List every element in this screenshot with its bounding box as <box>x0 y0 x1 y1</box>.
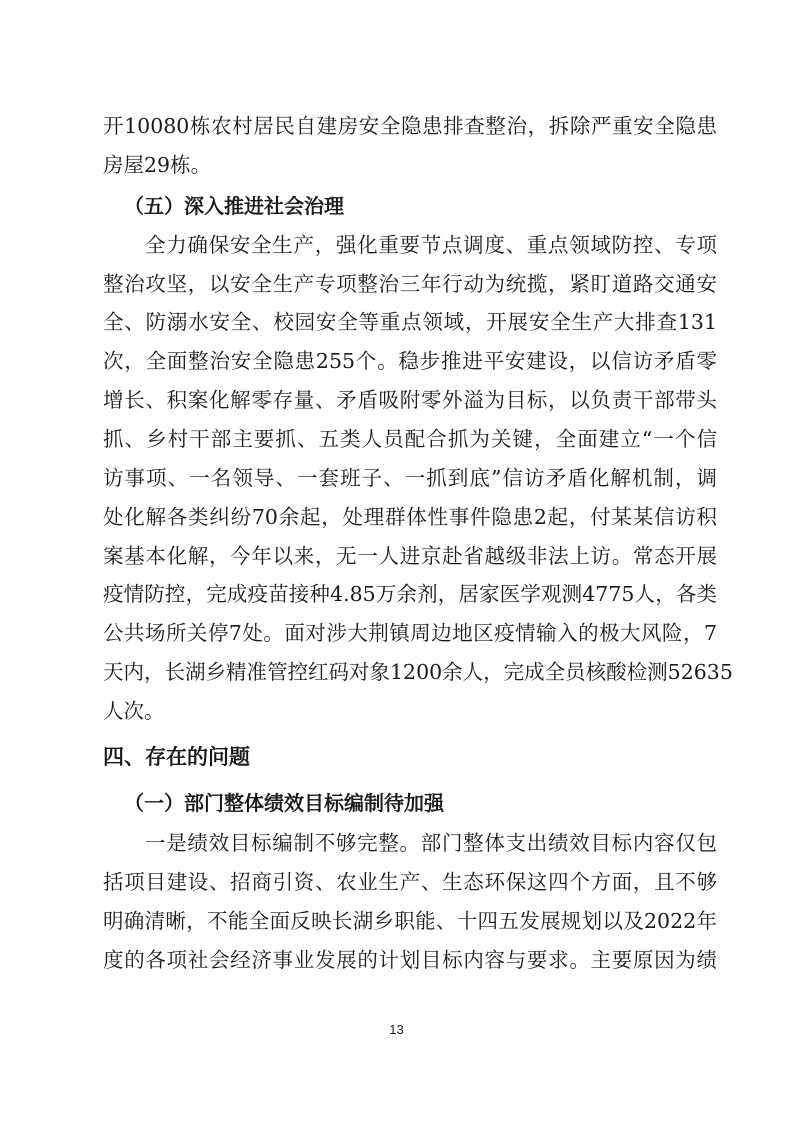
section-subheading: （一）部门整体绩效目标编制待加强 <box>124 789 738 817</box>
body-text-line: 一是绩效目标编制不够完整。部门整体支出绩效目标内容仅包 <box>145 829 717 857</box>
body-text-line: 处化解各类纠纷70余起，处理群体性事件隐患2起，付某某信访积 <box>103 503 717 531</box>
body-text-line: 公共场所关停7处。面对涉大荆镇周边地区疫情输入的极大风险，7 <box>103 619 717 647</box>
document-page: 开10080栋农村居民自建房安全隐患排查整治，拆除严重安全隐患 房屋29栋。 （… <box>0 0 793 1122</box>
body-text-line: 明确清晰，不能全面反映长湖乡职能、十四五发展规划以及2022年 <box>103 907 717 935</box>
body-text-line: 人次。 <box>103 697 717 725</box>
body-text-line: 次，全面整治安全隐患255个。稳步推进平安建设，以信访矛盾零 <box>103 347 717 375</box>
body-text-line: 增长、积案化解零存量、矛盾吸附零外溢为目标，以负责干部带头 <box>103 386 717 414</box>
body-text-line: 开10080栋农村居民自建房安全隐患排查整治，拆除严重安全隐患 <box>103 112 717 140</box>
body-text-line: 整治攻坚，以安全生产专项整治三年行动为统揽，紧盯道路交通安 <box>103 270 717 298</box>
section-heading: 四、存在的问题 <box>103 743 717 771</box>
body-text-line: 全力确保安全生产，强化重要节点调度、重点领域防控、专项 <box>145 231 717 259</box>
body-text-line: 天内，长湖乡精准管控红码对象1200余人，完成全员核酸检测52635 <box>103 658 717 686</box>
body-text-line: 度的各项社会经济事业发展的计划目标内容与要求。主要原因为绩 <box>103 946 717 974</box>
body-text-line: 全、防溺水安全、校园安全等重点领域，开展安全生产大排查131 <box>103 308 717 336</box>
body-text-line: 访事项、一名领导、一套班子、一抓到底”信访矛盾化解机制，调 <box>103 464 717 492</box>
page-number: 13 <box>0 1022 793 1037</box>
body-text-line: 案基本化解，今年以来，无一人进京赴省越级非法上访。常态开展 <box>103 542 717 570</box>
body-text-line: 括项目建设、招商引资、农业生产、生态环保这四个方面，且不够 <box>103 868 717 896</box>
body-text-line: 房屋29栋。 <box>103 151 717 179</box>
section-subheading: （五）深入推进社会治理 <box>124 192 738 220</box>
body-text-line: 疫情防控，完成疫苗接种4.85万余剂，居家医学观测4775人，各类 <box>103 580 717 608</box>
body-text-line: 抓、乡村干部主要抓、五类人员配合抓为关键，全面建立“一个信 <box>103 425 717 453</box>
